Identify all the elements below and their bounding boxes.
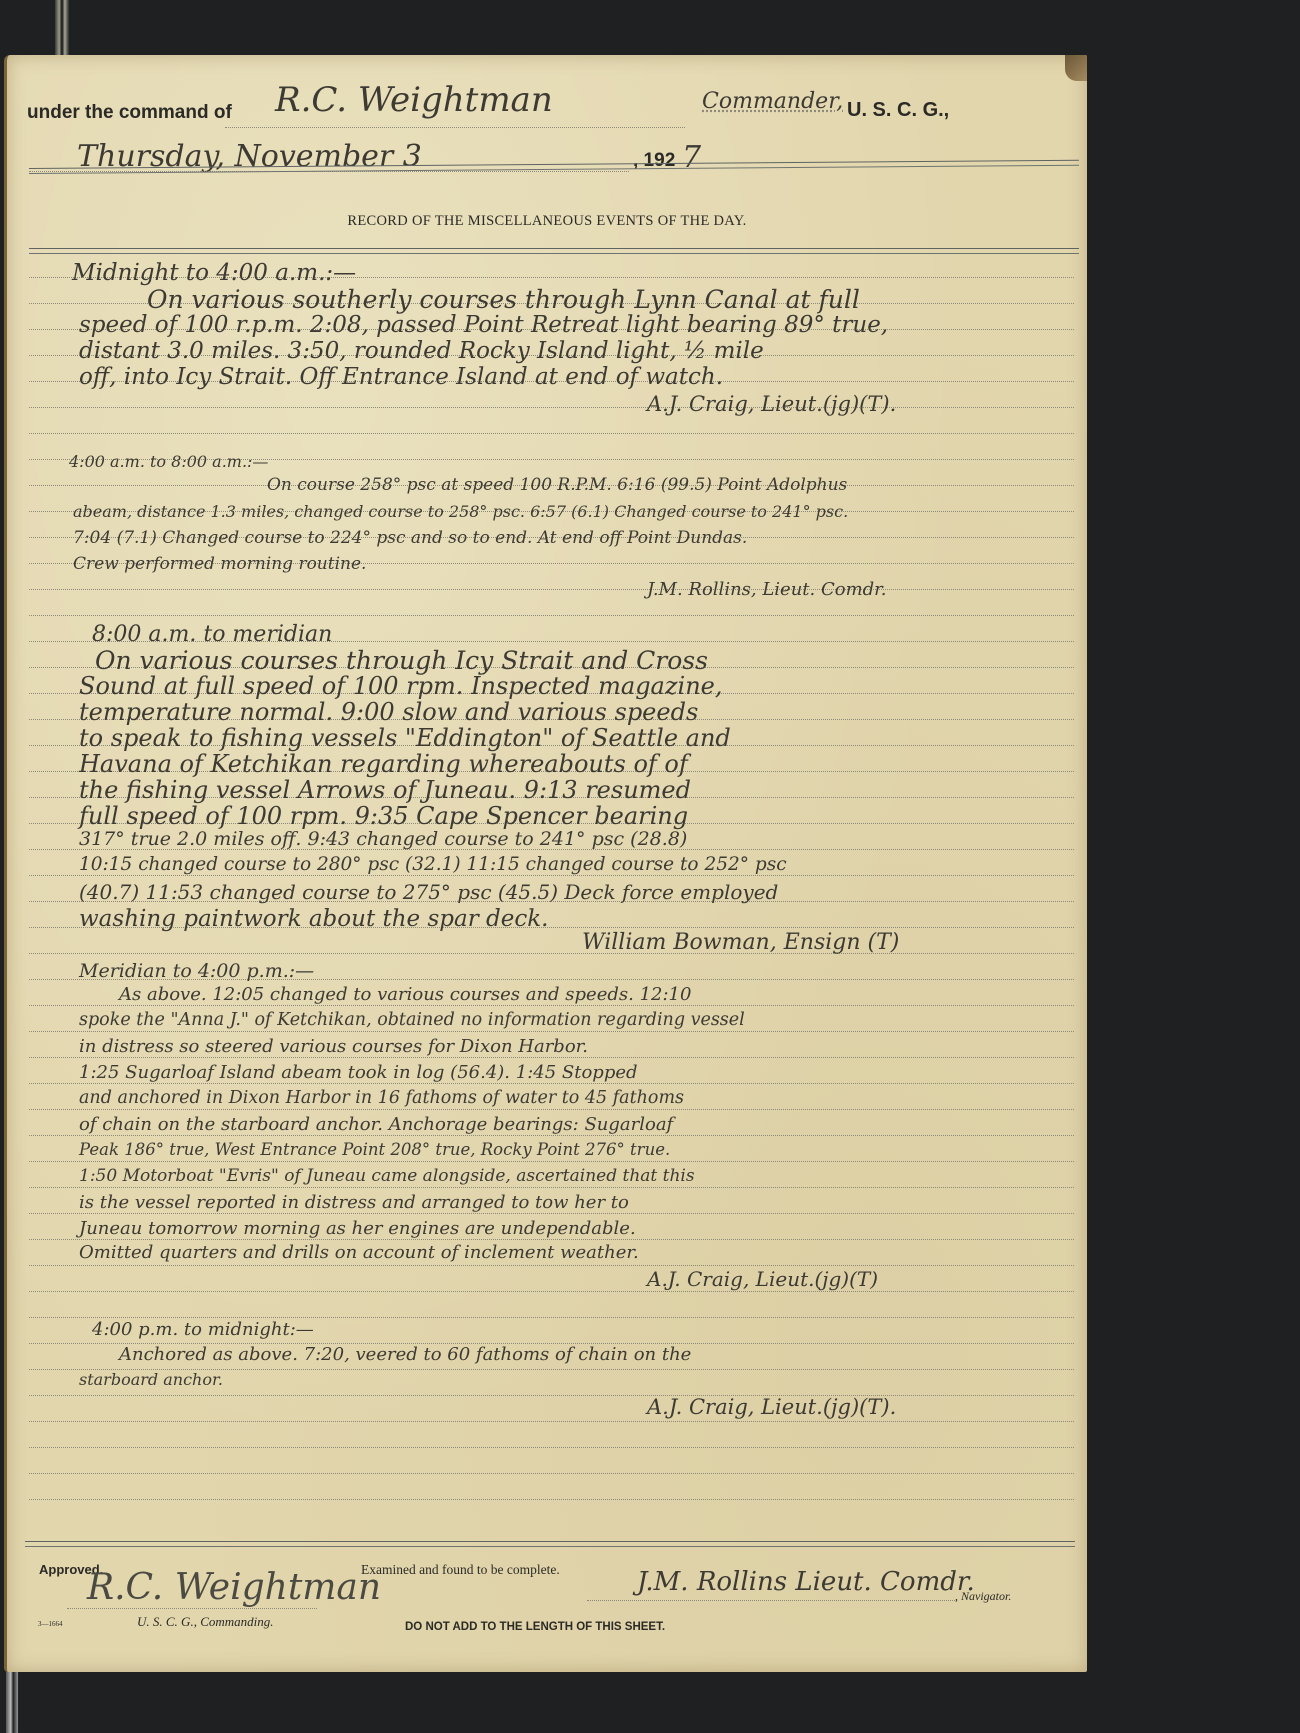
dotted-rule [29,1421,1074,1422]
navigator-label: , Navigator. [955,1589,1011,1604]
entry-line: in distress so steered various courses f… [79,1036,588,1057]
log-sheet: under the command of R.C. Weightman Comm… [4,55,1087,1672]
navigator-signature: J.M. Rollins Lieut. Comdr. [637,1567,975,1597]
dotted-rule [29,589,1074,590]
dotted-rule [29,1057,1074,1058]
entry-line: spoke the "Anna J." of Ketchikan, obtain… [79,1010,745,1030]
commander-rank: Commander, [702,89,843,114]
dotted-rule [29,1109,1074,1110]
command-prefix: under the command of [27,102,232,124]
entry-line: 1:50 Motorboat "Evris" of Juneau came al… [79,1166,695,1186]
entry-line: 1:25 Sugarloaf Island abeam took in log … [79,1062,638,1083]
dotted-rule [29,615,1074,616]
dotted-rule [29,1317,1074,1318]
torn-corner [1065,55,1087,81]
dotted-rule [29,1031,1074,1032]
examined-label: Examined and found to be complete. [361,1562,560,1578]
entry-line: As above. 12:05 changed to various cours… [119,984,691,1005]
dotted-rule [29,1447,1074,1448]
entry-line: On course 258° psc at speed 100 R.P.M. 6… [267,475,847,495]
year-written: 7 [682,140,701,175]
section-title: RECORD OF THE MISCELLANEOUS EVENTS OF TH… [7,213,1087,230]
entry-line: Juneau tomorrow morning as her engines a… [79,1218,636,1239]
dotted-rule [29,1161,1074,1162]
entry-line: Crew performed morning routine. [73,554,366,574]
dotted-rule [29,433,1074,434]
entry-line: washing paintwork about the spar deck. [79,906,548,932]
entry-line: Omitted quarters and drills on account o… [79,1242,639,1263]
entry-line: and anchored in Dixon Harbor in 16 fatho… [79,1088,684,1108]
sheet-length-notice: DO NOT ADD TO THE LENGTH OF THIS SHEET. [405,1621,665,1633]
officer-signature: J.M. Rollins, Lieut. Comdr. [647,579,887,600]
form-number: 3—1664 [38,1620,63,1628]
footer-divider [25,1541,1075,1547]
commander-name: R.C. Weightman [275,80,553,120]
officer-signature: A.J. Craig, Lieut.(jg)(T). [647,1395,896,1419]
entry-line: Sound at full speed of 100 rpm. Inspecte… [79,672,722,700]
dotted-rule [587,1600,957,1601]
commanding-label: U. S. C. G., Commanding. [137,1614,274,1630]
entry-line: (40.7) 11:53 changed course to 275° psc … [79,880,778,904]
entry-line: abeam, distance 1.3 miles, changed cours… [73,502,848,521]
dotted-rule [29,407,1074,408]
officer-signature: William Bowman, Ensign (T) [582,930,899,955]
entry-line: full speed of 100 rpm. 9:35 Cape Spencer… [79,802,688,830]
entry-line: starboard anchor. [79,1370,223,1389]
dotted-rule [29,953,1074,954]
section-divider [29,248,1079,254]
entry-line: temperature normal. 9:00 slow and variou… [79,698,698,726]
officer-signature: A.J. Craig, Lieut.(jg)(T). [647,392,896,416]
officer-signature: A.J. Craig, Lieut.(jg)(T) [647,1267,878,1291]
entry-line: speed of 100 r.p.m. 2:08, passed Point R… [79,312,888,338]
dotted-rule [225,127,685,128]
entry-line: 317° true 2.0 miles off. 9:43 changed co… [79,828,687,850]
watch-heading: Meridian to 4:00 p.m.:— [79,960,314,982]
dotted-rule [29,875,1074,876]
book-binding [55,0,69,58]
dotted-rule [29,1083,1074,1084]
dotted-rule [29,1135,1074,1136]
watch-heading: Midnight to 4:00 a.m.:— [72,260,356,286]
watch-heading: 4:00 a.m. to 8:00 a.m.:— [69,452,268,471]
dotted-rule [29,1187,1074,1188]
service-suffix: U. S. C. G., [847,99,949,122]
entry-line: On various courses through Icy Strait an… [95,646,708,675]
watch-heading: 4:00 p.m. to midnight:— [92,1319,314,1340]
entry-line: is the vessel reported in distress and a… [79,1192,629,1213]
entry-line: On various southerly courses through Lyn… [147,285,860,314]
dotted-rule [29,1005,1074,1006]
book-binding-bottom [6,1670,18,1733]
entry-line: Anchored as above. 7:20, veered to 60 fa… [119,1344,691,1365]
entry-line: Peak 186° true, West Entrance Point 208°… [79,1140,670,1159]
dotted-rule [29,1473,1074,1474]
dotted-rule [29,1291,1074,1292]
entry-line: of chain on the starboard anchor. Anchor… [79,1114,673,1135]
entry-line: 7:04 (7.1) Changed course to 224° psc an… [73,528,747,548]
watch-heading: 8:00 a.m. to meridian [92,622,332,647]
dotted-rule [29,1499,1074,1500]
dotted-rule [67,1608,317,1609]
entry-line: distant 3.0 miles. 3:50, rounded Rocky I… [79,338,764,364]
entry-line: off, into Icy Strait. Off Entrance Islan… [79,364,723,390]
entry-line: the fishing vessel Arrows of Juneau. 9:1… [79,776,691,804]
entry-line: 10:15 changed course to 280° psc (32.1) … [79,854,787,875]
dotted-rule [29,1213,1074,1214]
entry-line: to speak to fishing vessels "Eddington" … [79,724,731,752]
entry-line: Havana of Ketchikan regarding whereabout… [79,750,688,778]
dotted-rule [29,1395,1074,1396]
approved-signature: R.C. Weightman [87,1567,381,1608]
dotted-rule [29,1239,1074,1240]
dotted-rule [29,1265,1074,1266]
